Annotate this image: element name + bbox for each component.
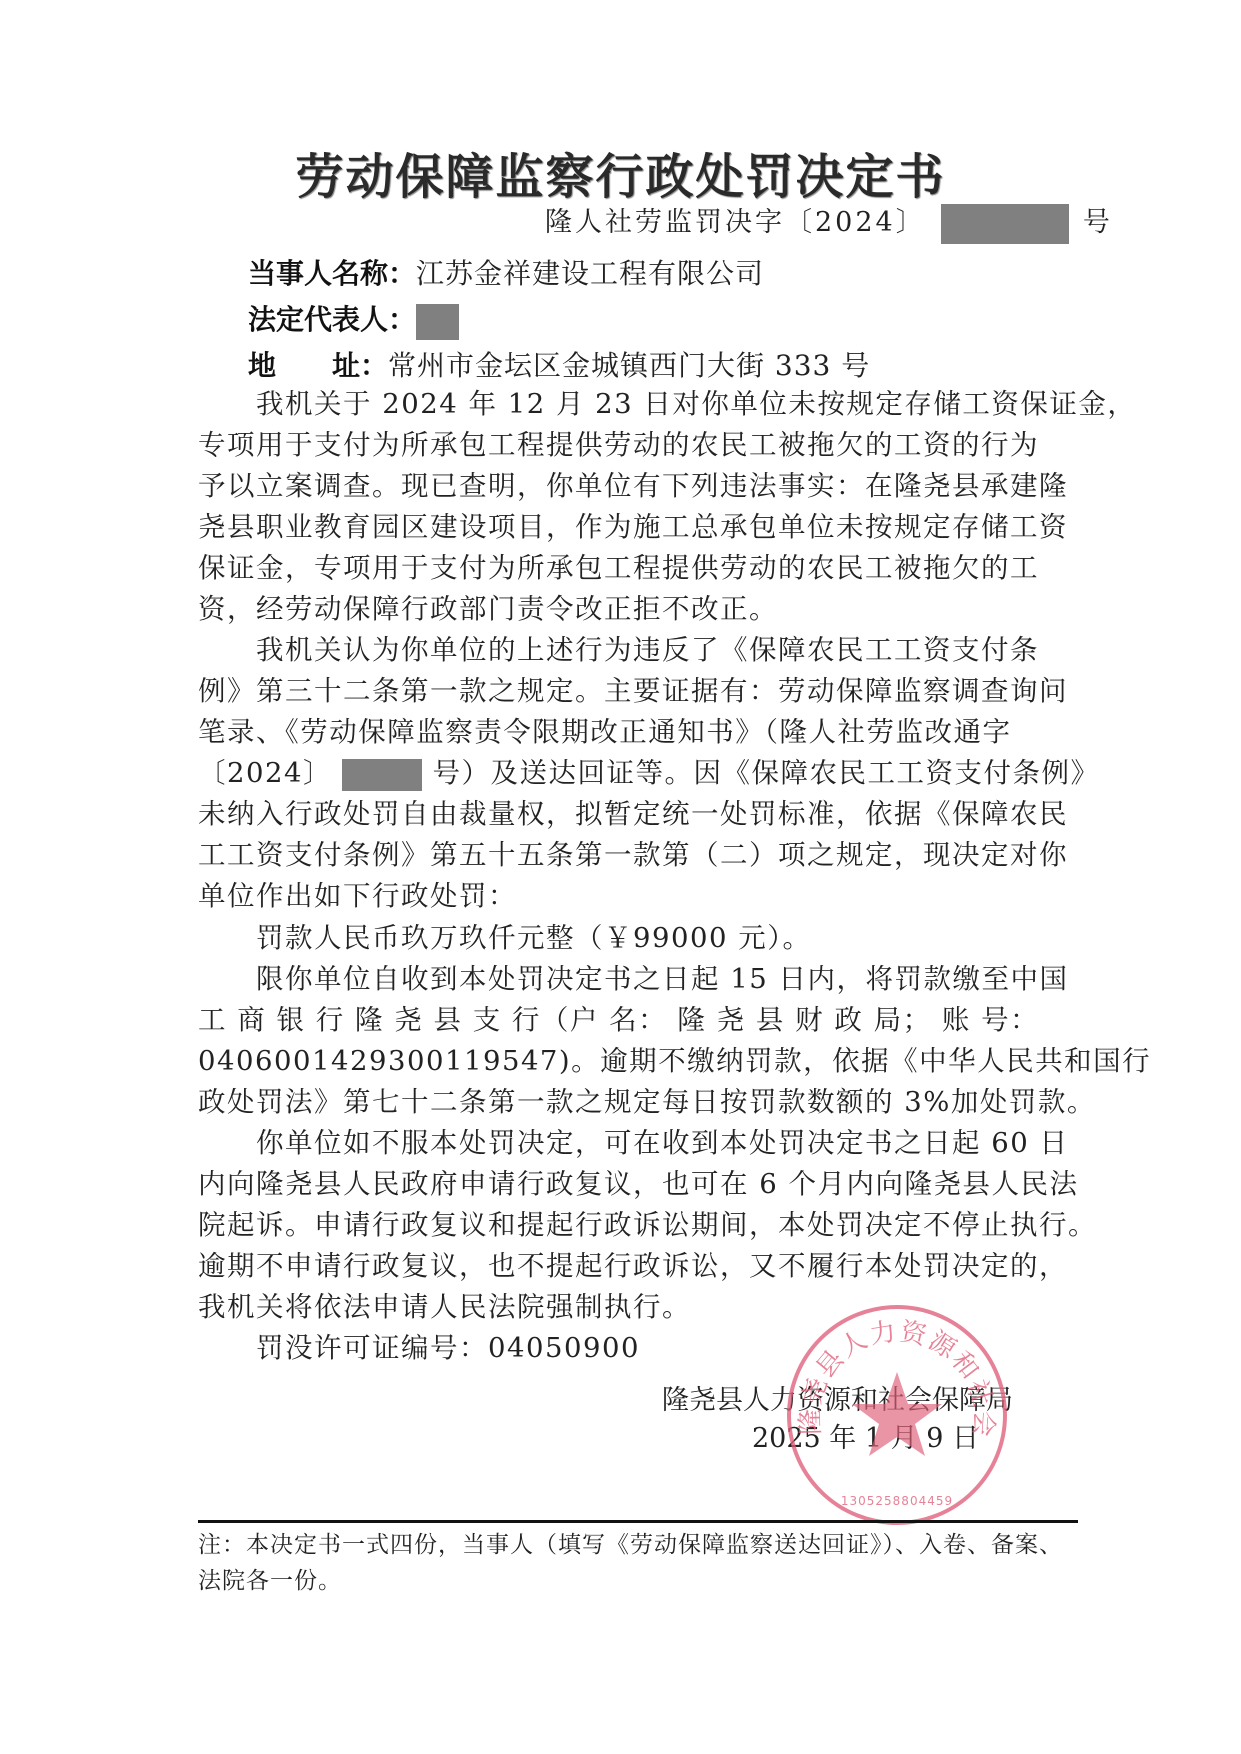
- paragraph-violation: 我机关认为你单位的上述行为违反了《保障农民工工资支付条 例》第三十二条第一款之规…: [198, 630, 1058, 917]
- text-line: 我机关将依法申请人民法院强制执行。: [198, 1287, 1058, 1328]
- paragraph-facts: 我机关于 2024 年 12 月 23 日对你单位未按规定存储工资保证金， 专项…: [198, 384, 1058, 630]
- address-field: 地 址：常州市金坛区金城镇西门大街 333 号: [248, 344, 870, 384]
- text-line: 工 商 银 行 隆 尧 县 支 行（户 名： 隆 尧 县 财 政 局； 账 号：: [198, 1000, 1058, 1041]
- text-line: 逾期不申请行政复议，也不提起行政诉讼，又不履行本处罚决定的，: [198, 1246, 1058, 1287]
- text-line: 未纳入行政处罚自由裁量权，拟暂定统一处罚标准，依据《保障农民: [198, 794, 1058, 835]
- text-line: 工工资支付条例》第五十五条第一款第（二）项之规定，现决定对你: [198, 835, 1058, 876]
- notice-number-prefix: 〔2024〕: [198, 757, 332, 789]
- text-line: 我机关认为你单位的上述行为违反了《保障农民工工资支付条: [198, 630, 1058, 671]
- redaction-box: [941, 204, 1069, 244]
- party-name-field: 当事人名称：江苏金祥建设工程有限公司: [248, 252, 764, 292]
- document-number: 隆人社劳监罚决字〔2024〕 号: [545, 200, 1113, 244]
- penalty-statement: 罚款人民币玖万玖仟元整（￥99000 元）。: [198, 918, 1058, 959]
- document-page: 劳动保障监察行政处罚决定书 隆人社劳监罚决字〔2024〕 号 当事人名称：江苏金…: [0, 0, 1241, 1754]
- text-line: 注：本决定书一式四份，当事人（填写《劳动保障监察送达回证》）、入卷、备案、: [198, 1527, 1078, 1563]
- party-name-value: 江苏金祥建设工程有限公司: [416, 257, 764, 290]
- text-line: 例》第三十二条第一款之规定。主要证据有：劳动保障监察调查询问: [198, 671, 1058, 712]
- divider: [198, 1520, 1078, 1523]
- text-line: 笔录、《劳动保障监察责令限期改正通知书》（隆人社劳监改通字: [198, 712, 1058, 753]
- license-number: 罚没许可证编号：04050900: [198, 1328, 1058, 1369]
- issuing-authority: 隆尧县人力资源和社会保障局: [662, 1378, 1013, 1417]
- issue-date: 2025 年 1 月 9 日: [752, 1416, 979, 1455]
- text-line: 院起诉。申请行政复议和提起行政诉讼期间，本处罚决定不停止执行。: [198, 1205, 1058, 1246]
- text-line: 0406001429300119547)。逾期不缴纳罚款，依据《中华人民共和国行: [198, 1041, 1058, 1082]
- legal-representative-field: 法定代表人：: [248, 298, 459, 340]
- address-value: 常州市金坛区金城镇西门大街 333 号: [388, 349, 870, 382]
- redaction-box: [416, 304, 459, 340]
- party-name-label: 当事人名称：: [248, 257, 416, 290]
- text-line: 予以立案调查。现已查明，你单位有下列违法事实：在隆尧县承建隆: [198, 466, 1058, 507]
- paragraph-payment: 限你单位自收到本处罚决定书之日起 15 日内，将罚款缴至中国 工 商 银 行 隆…: [198, 959, 1058, 1123]
- svg-text:1305258804459: 1305258804459: [841, 1494, 953, 1508]
- address-label: 地 址：: [248, 349, 388, 382]
- text-line: 你单位如不服本处罚决定，可在收到本处罚决定书之日起 60 日: [198, 1123, 1058, 1164]
- text-line: 我机关于 2024 年 12 月 23 日对你单位未按规定存储工资保证金，: [198, 384, 1058, 425]
- footnote: 注：本决定书一式四份，当事人（填写《劳动保障监察送达回证》）、入卷、备案、 法院…: [198, 1527, 1078, 1599]
- text-line: 资，经劳动保障行政部门责令改正拒不改正。: [198, 589, 1058, 630]
- redaction-box: [342, 759, 422, 791]
- document-number-suffix: 号: [1083, 207, 1113, 238]
- text-line: 尧县职业教育园区建设项目，作为施工总承包单位未按规定存储工资: [198, 507, 1058, 548]
- paragraph-appeal: 你单位如不服本处罚决定，可在收到本处罚决定书之日起 60 日 内向隆尧县人民政府…: [198, 1123, 1058, 1328]
- text-line: 内向隆尧县人民政府申请行政复议，也可在 6 个月内向隆尧县人民法: [198, 1164, 1058, 1205]
- license-number-text: 罚没许可证编号：04050900: [198, 1328, 1058, 1369]
- text-line: 专项用于支付为所承包工程提供劳动的农民工被拖欠的工资的行为: [198, 425, 1058, 466]
- document-title: 劳动保障监察行政处罚决定书: [0, 138, 1241, 207]
- legal-representative-label: 法定代表人：: [248, 303, 416, 336]
- text-line: 法院各一份。: [198, 1563, 1078, 1599]
- text-line: 保证金，专项用于支付为所承包工程提供劳动的农民工被拖欠的工: [198, 548, 1058, 589]
- document-number-prefix: 隆人社劳监罚决字〔2024〕: [545, 207, 926, 238]
- text-line: 〔2024〕 号）及送达回证等。因《保障农民工工资支付条例》: [198, 753, 1058, 794]
- text-line: 限你单位自收到本处罚决定书之日起 15 日内，将罚款缴至中国: [198, 959, 1058, 1000]
- text-line: 单位作出如下行政处罚：: [198, 876, 1058, 917]
- notice-number-suffix: 号）及送达回证等。因《保障农民工工资支付条例》: [433, 757, 1100, 789]
- text-line: 政处罚法》第七十二条第一款之规定每日按罚款数额的 3%加处罚款。: [198, 1082, 1058, 1123]
- penalty-text: 罚款人民币玖万玖仟元整（￥99000 元）。: [198, 918, 1058, 959]
